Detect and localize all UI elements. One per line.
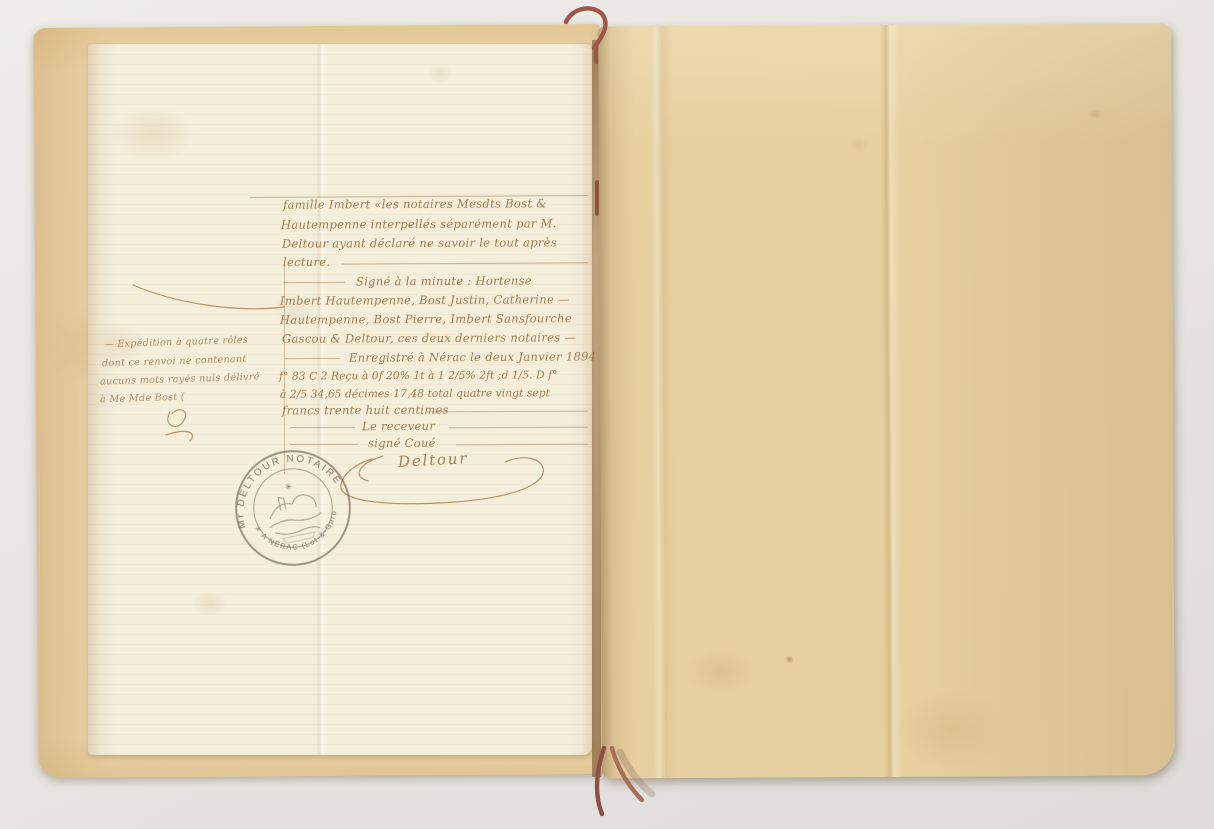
handwritten-line: Hautempenne, Bost Pierre, Imbert Sansfou…	[280, 312, 572, 327]
handwritten-line: lecture.	[283, 256, 330, 270]
handwritten-line: à 2/5 34,65 décimes 17,48 total quatre v…	[280, 387, 550, 401]
handwritten-line: Le receveur	[362, 420, 435, 434]
handwritten-line: Enregistré à Nérac le deux Janvier 1894	[349, 350, 596, 365]
handwritten-line: Hautempenne interpellés séparément par M…	[281, 217, 557, 232]
right-blank-page	[598, 24, 1175, 779]
handwritten-line: Deltour ayant déclaré ne savoir le tout …	[282, 236, 557, 251]
paper-stains	[598, 24, 1175, 779]
handwritten-line: francs trente huit centimes	[282, 404, 449, 419]
handwritten-line: signé Coué	[368, 437, 436, 451]
notary-signature: Deltour	[398, 449, 469, 471]
handwritten-line: famille Imbert «les notaires Mesdts Bost…	[283, 197, 547, 212]
stamp-star-icon: ✳	[284, 481, 294, 493]
handwritten-line: Signé à la minute : Hortense	[356, 275, 532, 290]
photographed-notarial-document: famille Imbert «les notaires Mesdts Bost…	[0, 0, 1214, 829]
handwritten-line: Imbert Hautempenne, Bost Justin, Catheri…	[280, 293, 570, 308]
handwritten-line: Gascou & Deltour, ces deux derniers nota…	[282, 331, 576, 346]
margin-rule	[284, 262, 285, 474]
handwritten-line: f° 83 C 2 Reçu à 0f 20% 1t à 1 2/5% 2ft …	[279, 369, 558, 383]
notary-stamp: Mr DELTOUR NOTAIRE ✳ A NÉRAC (Lot-&-Garo…	[219, 434, 366, 581]
